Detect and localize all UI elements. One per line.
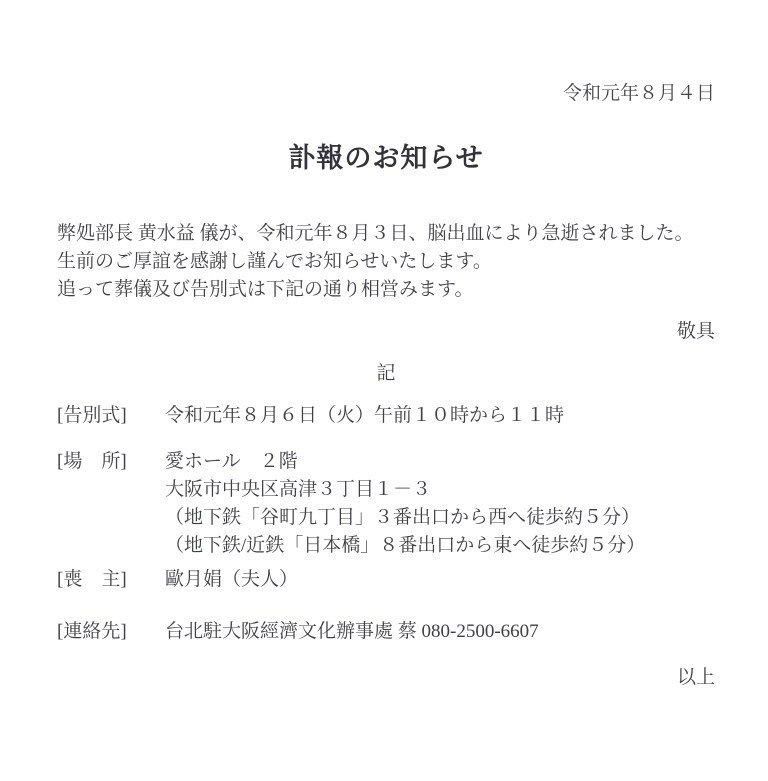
detail-label-venue: [場 所] — [57, 448, 165, 476]
detail-line: 歐月娟（夫人） — [165, 566, 715, 594]
detail-line: 大阪市中央区高津３丁目１－３ — [165, 476, 715, 504]
obituary-notice-document: 令和元年８月４日 訃報のお知らせ 弊処部長 黄水益 儀が、令和元年８月３日、脳出… — [0, 0, 768, 781]
body-paragraph: 弊処部長 黄水益 儀が、令和元年８月３日、脳出血により急逝されました。 生前のご… — [57, 220, 715, 304]
detail-label-farewell-ceremony: [告別式] — [57, 402, 165, 430]
closing-salutation: 敬具 — [57, 318, 715, 346]
detail-row-contact: [連絡先] 台北駐大阪經濟文化辦事處 蔡 080-2500-6607 — [57, 618, 715, 646]
detail-value-contact: 台北駐大阪經濟文化辦事處 蔡 080-2500-6607 — [165, 618, 715, 646]
detail-line: （地下鉄/近鉄「日本橋」８番出口から東へ徒歩約５分） — [165, 532, 715, 560]
record-heading: 記 — [57, 360, 715, 388]
detail-value-chief-mourner: 歐月娟（夫人） — [165, 566, 715, 594]
detail-label-chief-mourner: [喪 主] — [57, 566, 165, 594]
body-line: 追って葬儀及び告別式は下記の通り相営みます。 — [57, 276, 715, 304]
detail-line: 台北駐大阪經濟文化辦事處 蔡 080-2500-6607 — [165, 618, 715, 646]
detail-label-contact: [連絡先] — [57, 618, 165, 646]
detail-row-chief-mourner: [喪 主] 歐月娟（夫人） — [57, 566, 715, 594]
detail-value-venue: 愛ホール ２階 大阪市中央区高津３丁目１－３ （地下鉄「谷町九丁目」３番出口から… — [165, 448, 715, 560]
detail-value-farewell-ceremony: 令和元年８月６日（火）午前１０時から１１時 — [165, 402, 715, 430]
page-title: 訃報のお知らせ — [57, 140, 715, 176]
details-section: [告別式] 令和元年８月６日（火）午前１０時から１１時 [場 所] 愛ホール ２… — [57, 402, 715, 646]
detail-row-farewell-ceremony: [告別式] 令和元年８月６日（火）午前１０時から１１時 — [57, 402, 715, 430]
detail-line: 令和元年８月６日（火）午前１０時から１１時 — [165, 402, 715, 430]
body-line: 生前のご厚誼を感謝し謹んでお知らせいたします。 — [57, 248, 715, 276]
body-line: 弊処部長 黄水益 儀が、令和元年８月３日、脳出血により急逝されました。 — [57, 220, 715, 248]
document-date: 令和元年８月４日 — [57, 80, 715, 108]
detail-row-venue: [場 所] 愛ホール ２階 大阪市中央区高津３丁目１－３ （地下鉄「谷町九丁目」… — [57, 448, 715, 560]
detail-line: 愛ホール ２階 — [165, 448, 715, 476]
end-mark: 以上 — [57, 664, 715, 692]
detail-line: （地下鉄「谷町九丁目」３番出口から西へ徒歩約５分） — [165, 504, 715, 532]
